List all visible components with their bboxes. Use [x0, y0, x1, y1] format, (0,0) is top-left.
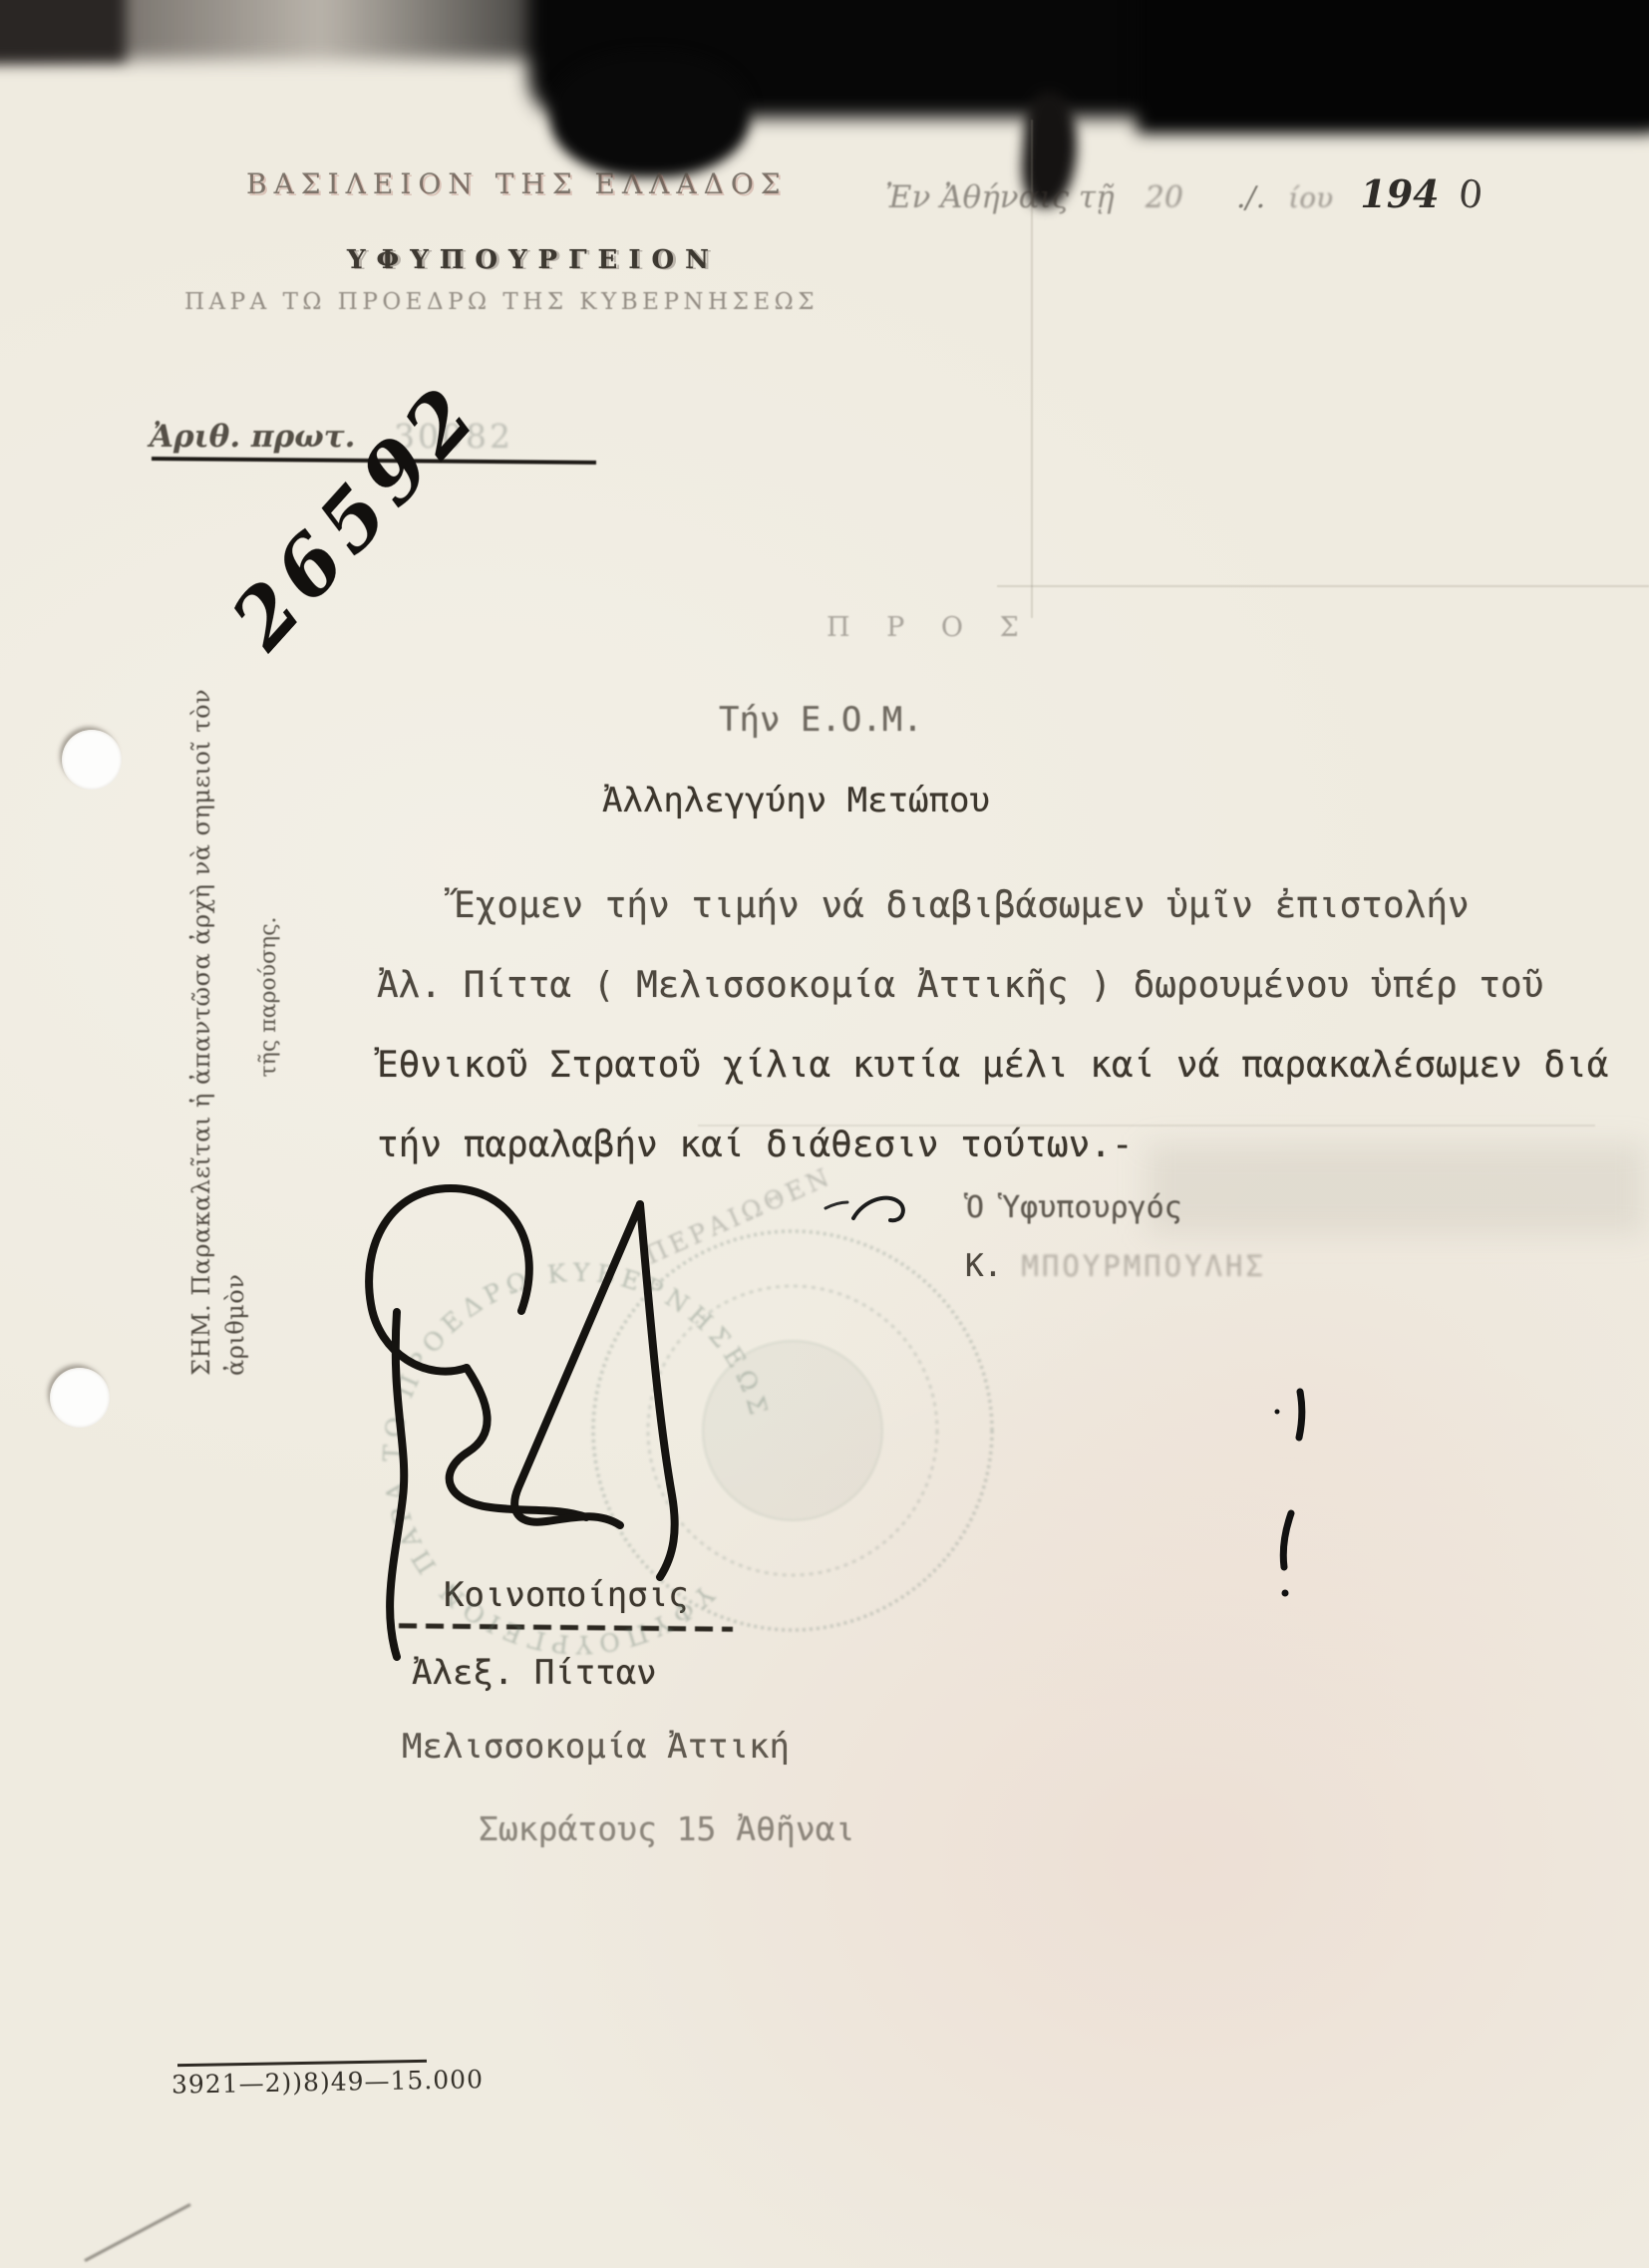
ink-marks-right: [1275, 1392, 1302, 1597]
pen-dash-mark: [825, 1202, 847, 1208]
signature-flourish: [369, 1188, 675, 1657]
scanned-letter-page: { "letterhead": { "kingdom": "ΒΑΣΙΛΕΙΟΝ …: [0, 0, 1649, 2268]
pen-curl-mark: [853, 1198, 903, 1221]
overlay-graphics: ΥΦΥΠΟΥΡΓΕΙΟΝ ΠΑΡΑ ΤΩ ΠΡΟΕΔΡΩ ΚΥΒΕΡΝΗΣΕΩΣ: [0, 0, 1649, 2268]
round-stamp: ΥΦΥΠΟΥΡΓΕΙΟΝ ΠΑΡΑ ΤΩ ΠΡΟΕΔΡΩ ΚΥΒΕΡΝΗΣΕΩΣ: [378, 1231, 992, 1659]
